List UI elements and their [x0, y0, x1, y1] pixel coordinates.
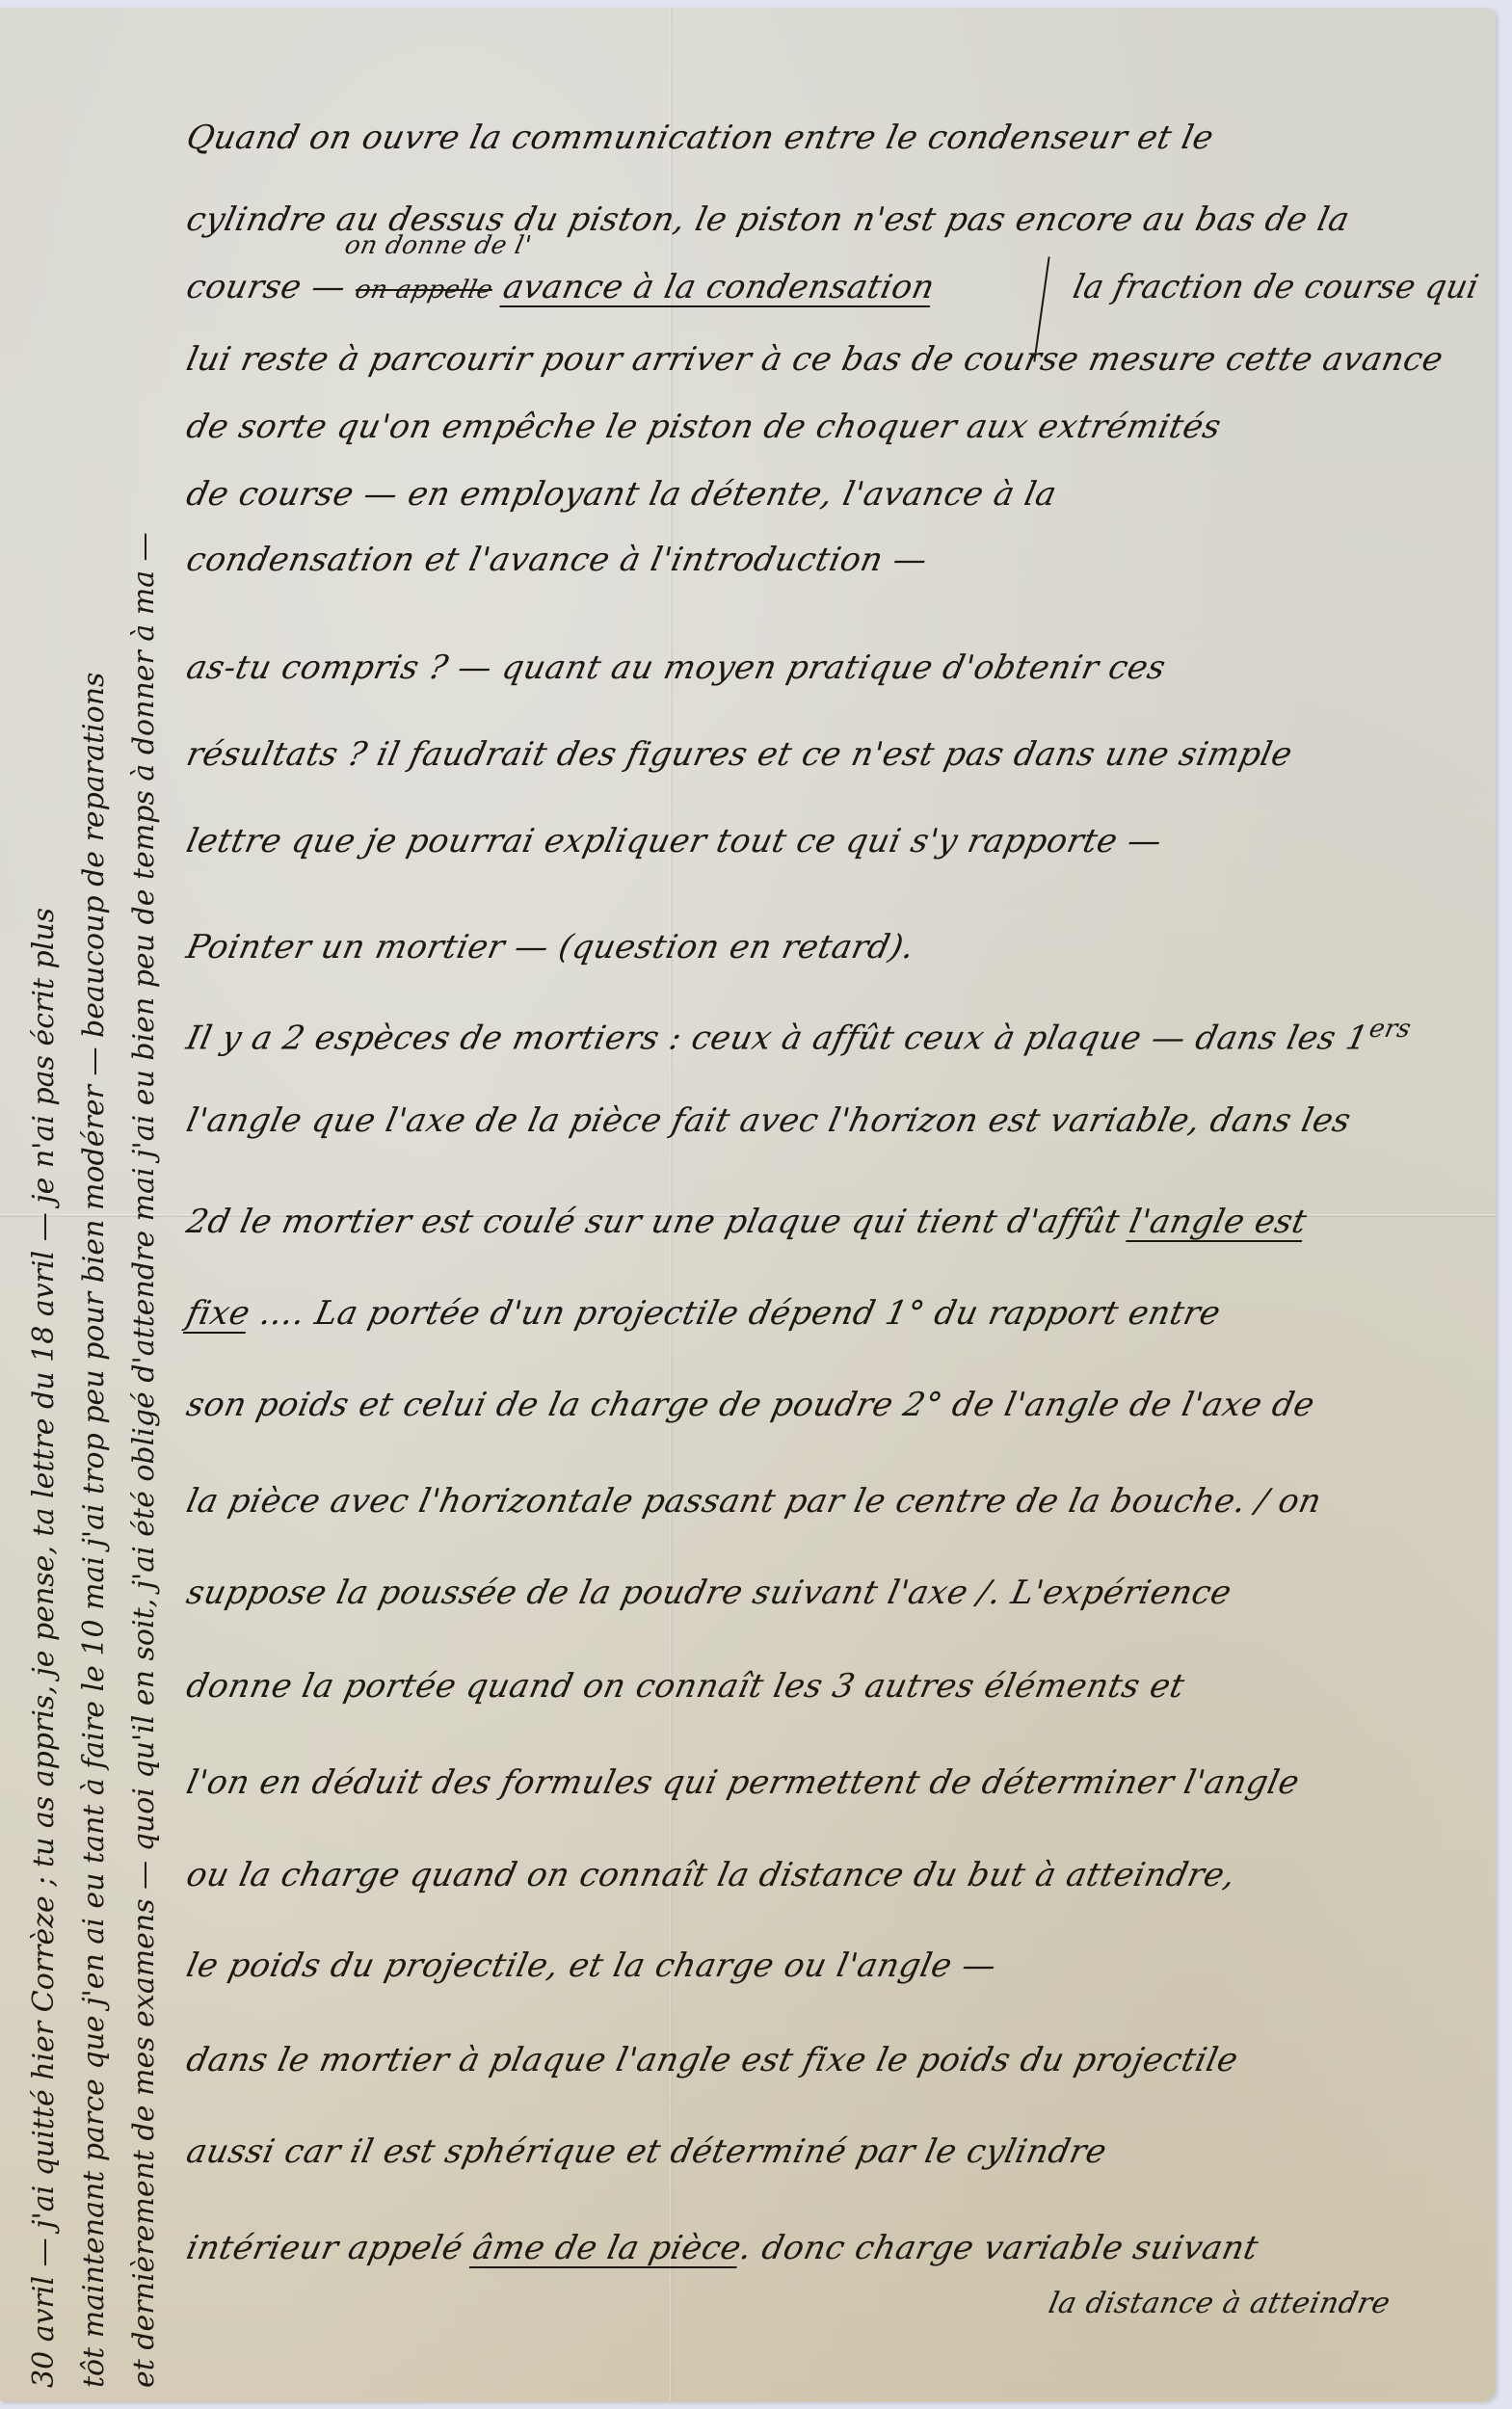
body-line-22: le poids du projectile, et la charge ou …: [183, 1946, 1000, 1985]
margin-note-column-1: 30 avril — j'ai quitté hier Corrèze ; tu…: [27, 908, 61, 2388]
line-14-text: 2d le mortier est coulé sur une plaque q…: [183, 1203, 1124, 1241]
body-line-8: as-tu compris ? — quant au moyen pratiqu…: [183, 649, 1169, 687]
line-15-text: …. La portée d'un projectile dépend 1° d…: [256, 1294, 1224, 1333]
body-line-17: la pièce avec l'horizontale passant par …: [183, 1482, 1325, 1521]
struck-word: on appelle: [353, 276, 495, 304]
body-line-24: aussi car il est sphérique et déterminé …: [183, 2132, 1110, 2171]
body-line-3: course — on appelle avance à la condensa…: [183, 268, 939, 306]
body-line-3b: la fraction de course qui: [1070, 268, 1482, 306]
letter-page: Quand on ouvre la communication entre le…: [0, 8, 1496, 2401]
margin-note-column-2: tôt maintenant parce que j'en ai eu tant…: [77, 673, 111, 2388]
body-line-20: l'on en déduit des formules qui permette…: [183, 1763, 1303, 1802]
line-12-text: Il y a 2 espèces de mortiers : ceux à af…: [183, 1019, 1372, 1057]
underlined-angle-est: l'angle est: [1126, 1203, 1310, 1241]
body-line-9: résultats ? il faudrait des figures et c…: [183, 735, 1296, 774]
body-line-16: son poids et celui de la charge de poudr…: [183, 1386, 1318, 1424]
body-line-25: intérieur appelé âme de la pièce. donc c…: [183, 2229, 1261, 2267]
interlinear-insert: on donne de l': [342, 231, 534, 260]
underlined-fixe: fixe: [183, 1294, 253, 1333]
body-line-18: suppose la poussée de la poudre suivant …: [183, 1574, 1235, 1612]
body-line-15: fixe …. La portée d'un projectile dépend…: [183, 1294, 1224, 1333]
body-line-10: lettre que je pourrai expliquer tout ce …: [183, 822, 1165, 860]
line-25-end: . donc charge variable suivant: [737, 2229, 1262, 2267]
margin-note-column-3: et dernièrement de mes examens — quoi qu…: [127, 532, 161, 2388]
body-line-6: de course — en employant la détente, l'a…: [183, 475, 1060, 514]
body-line-21: ou la charge quand on connaît la distanc…: [183, 1856, 1239, 1894]
line-25-text: intérieur appelé: [183, 2229, 466, 2267]
body-line-23: dans le mortier à plaque l'angle est fix…: [183, 2041, 1241, 2079]
body-line-19: donne la portée quand on connaît les 3 a…: [183, 1667, 1188, 1706]
body-line-11-heading: Pointer un mortier — (question en retard…: [183, 928, 918, 966]
body-line-14: 2d le mortier est coulé sur une plaque q…: [183, 1203, 1311, 1241]
body-line-5: de sorte qu'on empêche le piston de choq…: [183, 408, 1225, 446]
body-line-12: Il y a 2 espèces de mortiers : ceux à af…: [183, 1015, 1414, 1057]
body-line-7: condensation et l'avance à l'introductio…: [183, 541, 931, 579]
underlined-phrase-avance: avance à la condensation: [500, 268, 939, 306]
body-line-1: Quand on ouvre la communication entre le…: [183, 119, 1217, 157]
body-line-4: lui reste à parcourir pour arriver à ce …: [183, 340, 1446, 379]
underlined-ame-de-la-piece: âme de la pièce: [469, 2229, 745, 2267]
line-3-start: course —: [183, 268, 360, 306]
body-line-26: la distance à atteindre: [1046, 2287, 1393, 2320]
superscript: ers: [1366, 1015, 1414, 1044]
body-line-13: l'angle que l'axe de la pièce fait avec …: [183, 1101, 1354, 1140]
